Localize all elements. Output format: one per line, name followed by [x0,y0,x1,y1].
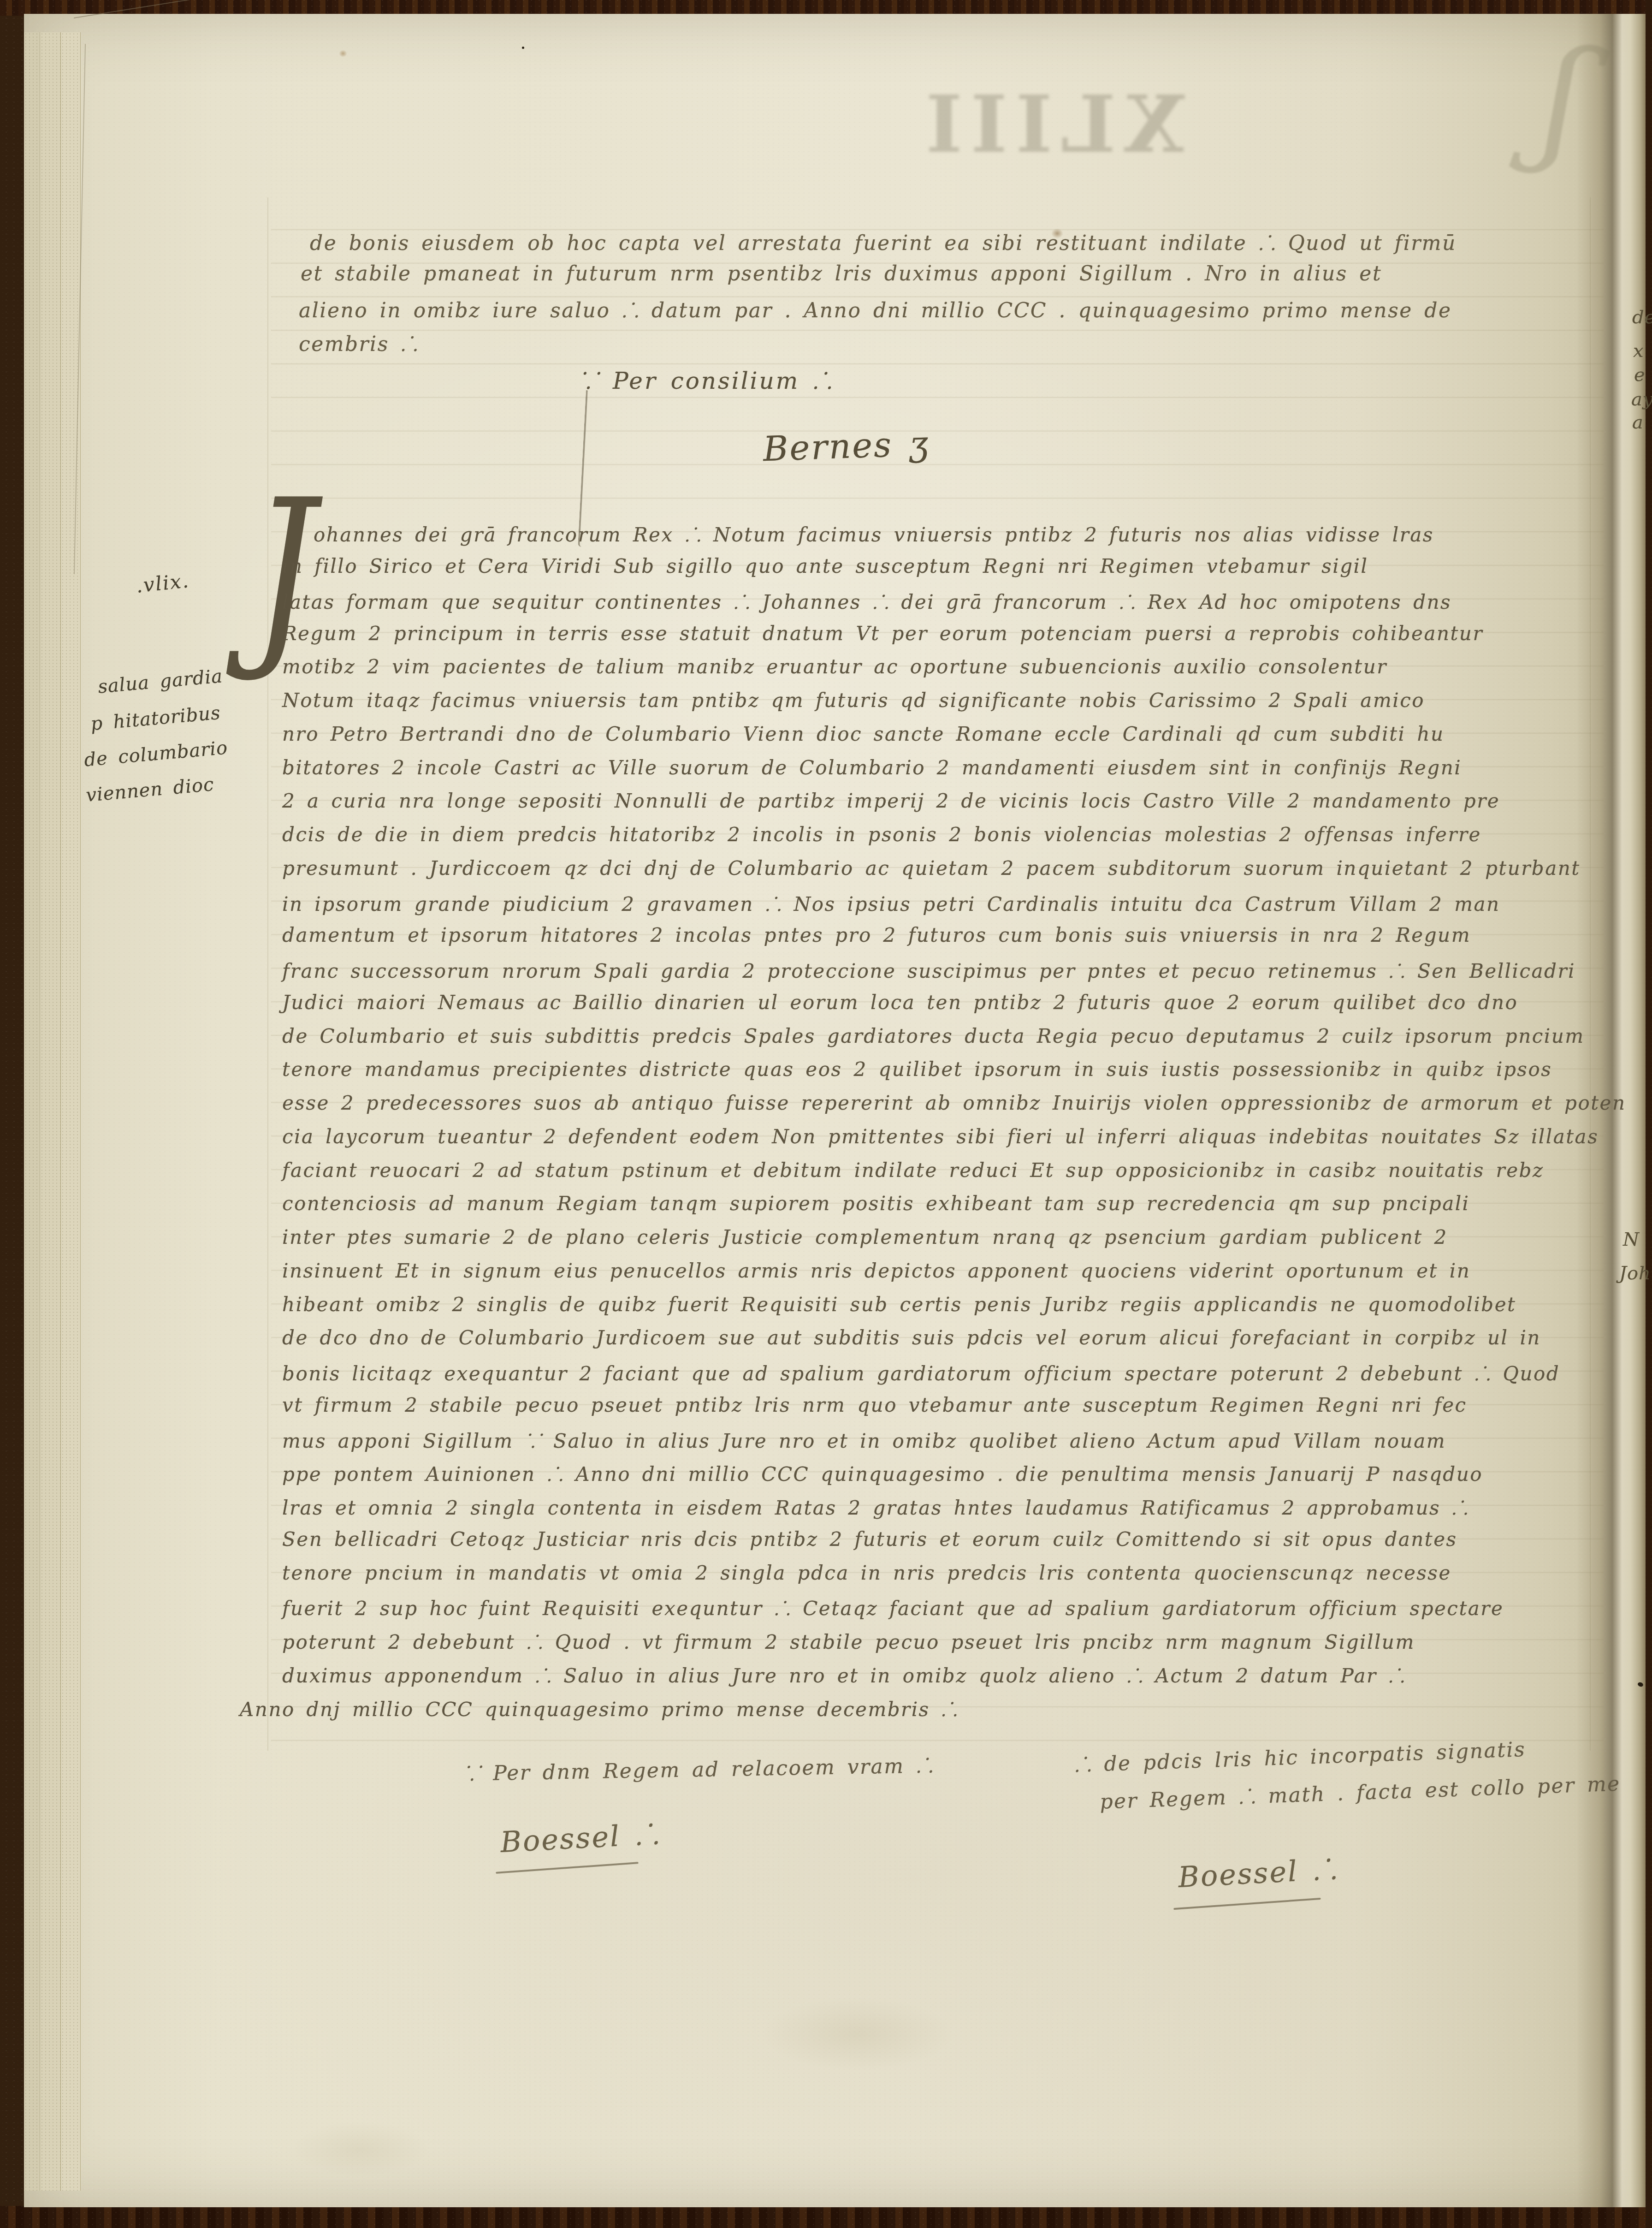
text-line: Notum itaqz facimus vniuersis tam pntibz… [282,689,1425,712]
text-line: de dco dno de Columbario Jurdicoem sue a… [282,1326,1541,1349]
text-line: in ipsorum grande piudicium 2 gravamen ⸫… [282,891,1500,917]
text-line: cia laycorum tueantur 2 defendent eodem … [282,1125,1599,1148]
text-line: lras et omnia 2 singla contenta in eisde… [282,1494,1469,1521]
text-line: dcis de die in diem predcis hitatoribz 2… [282,823,1481,846]
text-line: latas formam que sequitur continentes ⸫ … [282,588,1451,615]
gutter-fragment: a [1632,412,1644,433]
folio-edge-strip [40,32,61,2191]
text-line: tenore mandamus precipientes districte q… [282,1058,1552,1081]
text-line: nro Petro Bertrandi dno de Columbario Vi… [282,723,1445,745]
gutter-fragment: x [1633,340,1644,362]
text-line: alieno in omibz iure saluo ⸫ datum par .… [299,296,1452,323]
gutter-fragment: e [1634,364,1646,386]
folio-edge-strip [61,32,81,2191]
text-line: mus apponi Sigillum ⸪ Saluo in alius Jur… [282,1427,1446,1454]
text-line: Sen bellicadri Cetoqz Justiciar nris dci… [282,1528,1457,1551]
text-line: hibeant omibz 2 singlis de quibz fuerit … [282,1293,1516,1316]
text-line: ohannes dei grā francorum Rex ⸫ Notum fa… [314,521,1434,547]
manuscript-photo: { "folio": { "show_through_number": "XLI… [0,0,1652,2228]
text-line: Anno dnj millio CCC quinquagesimo primo … [240,1696,958,1722]
binding-bottom-edge [0,2206,1652,2228]
secretary-mark: Bernes ʒ [763,424,930,469]
text-line: motibz 2 vim pacientes de talium manibz … [282,655,1387,678]
text-line: esse 2 predecessores suos ab antiquo fui… [282,1092,1626,1114]
text-line: et stabile pmaneat in futurum nrm psenti… [301,262,1382,285]
text-line: bonis licitaqz exequantur 2 faciant que … [282,1360,1560,1386]
text-line: contenciosis ad manum Regiam tanqm supio… [282,1192,1470,1215]
folio-edge-strip [24,32,40,2191]
text-line: in fillo Sirico et Cera Viridi Sub sigil… [282,555,1368,577]
text-line: 2 a curia nra longe sepositi Nonnulli de… [282,790,1500,812]
text-line: ppe pontem Auinionen ⸫ Anno dni millio C… [282,1461,1483,1487]
text-line: duximus apponendum ⸫ Saluo in alius Jure… [282,1662,1405,1688]
text-line: Judici maiori Nemaus ac Baillio dinarien… [282,991,1518,1014]
gutter-fragment: Joh [1619,1263,1651,1284]
text-line: fuerit 2 sup hoc fuint Requisiti exequnt… [282,1595,1504,1621]
text-line: franc successorum nrorum Spali gardia 2 … [282,957,1575,984]
text-line: de Columbario et suis subdittis predcis … [282,1025,1585,1047]
text-line: bitatores 2 incole Castri ac Ville suoru… [282,756,1462,779]
gutter-fragment: ay [1631,389,1652,410]
per-consilium-note: ⸪ Per consilium ⸫ [579,364,834,396]
folio-number-show-through: XLIII [862,78,1185,171]
text-line: poterunt 2 debebunt ⸫ Quod . vt firmum 2… [282,1628,1415,1655]
text-line: insinuent Et in signum eius penucellos a… [282,1260,1470,1282]
binding-top-edge [0,0,1652,16]
text-line: presumunt . Jurdiccoem qz dci dnj de Col… [282,857,1581,879]
margin-rule-right [1590,197,1591,1751]
text-line: inter ptes sumarie 2 de plano celeris Ju… [282,1226,1448,1248]
margin-rule-left [267,197,268,1751]
text-line: de bonis eiusdem ob hoc capta vel arrest… [310,228,1457,256]
binding-right-edge [1646,0,1652,2228]
gutter-fragment: de [1632,307,1652,328]
text-line: tenore pncium in mandatis vt omia 2 sing… [282,1562,1451,1584]
ink-speck [522,47,524,49]
folio-edge-stack [24,32,80,2191]
gutter-fragment: N [1623,1229,1640,1250]
text-line: cembris ⸫ [299,329,419,357]
text-line: vt firmum 2 stabile pecuo pseuet pntibz … [282,1394,1467,1416]
text-line: damentum et ipsorum hitatores 2 incolas … [282,924,1471,946]
text-line: faciant reuocari 2 ad statum pstinum et … [282,1159,1544,1182]
text-line: Regum 2 principum in terris esse statuit… [282,622,1483,645]
